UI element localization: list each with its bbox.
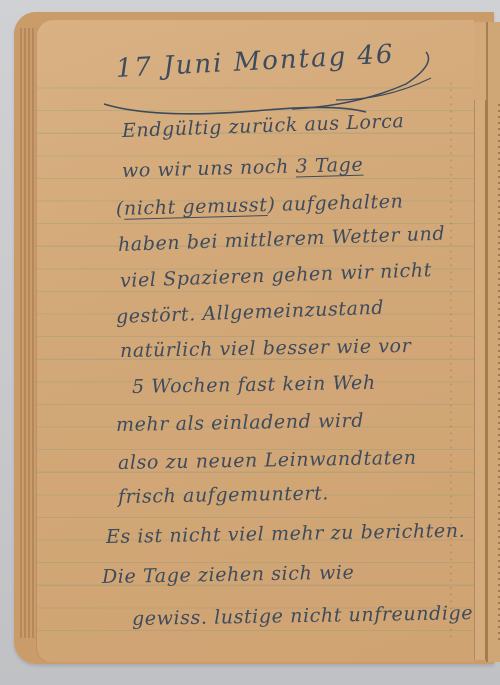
inner-page-edge xyxy=(473,100,486,660)
text-line-11: frisch aufgemuntert. xyxy=(118,482,329,508)
underlined-segment: 3 Tage xyxy=(295,154,363,178)
text-line-13: Die Tage ziehen sich wie xyxy=(102,562,355,588)
text-line-9: mehr als einladend wird xyxy=(116,410,364,436)
underlined-segment: nicht gemusst xyxy=(124,194,268,220)
page-edge xyxy=(28,28,30,638)
text-segment: wo wir uns noch xyxy=(122,155,296,182)
heading-underline-flourish xyxy=(36,20,474,130)
page-tab-step xyxy=(472,22,488,102)
perforation xyxy=(450,80,452,642)
page-edge xyxy=(24,28,26,638)
text-line-8: 5 Wochen fast kein Weh xyxy=(132,372,376,398)
text-segment: ) aufgehalten xyxy=(267,190,404,216)
page-edge xyxy=(20,28,22,638)
facing-page-edge xyxy=(486,22,500,662)
page-edge xyxy=(32,28,34,638)
notebook-page: 17 Juni Montag 46 Endgültig zurück aus L… xyxy=(36,20,474,662)
